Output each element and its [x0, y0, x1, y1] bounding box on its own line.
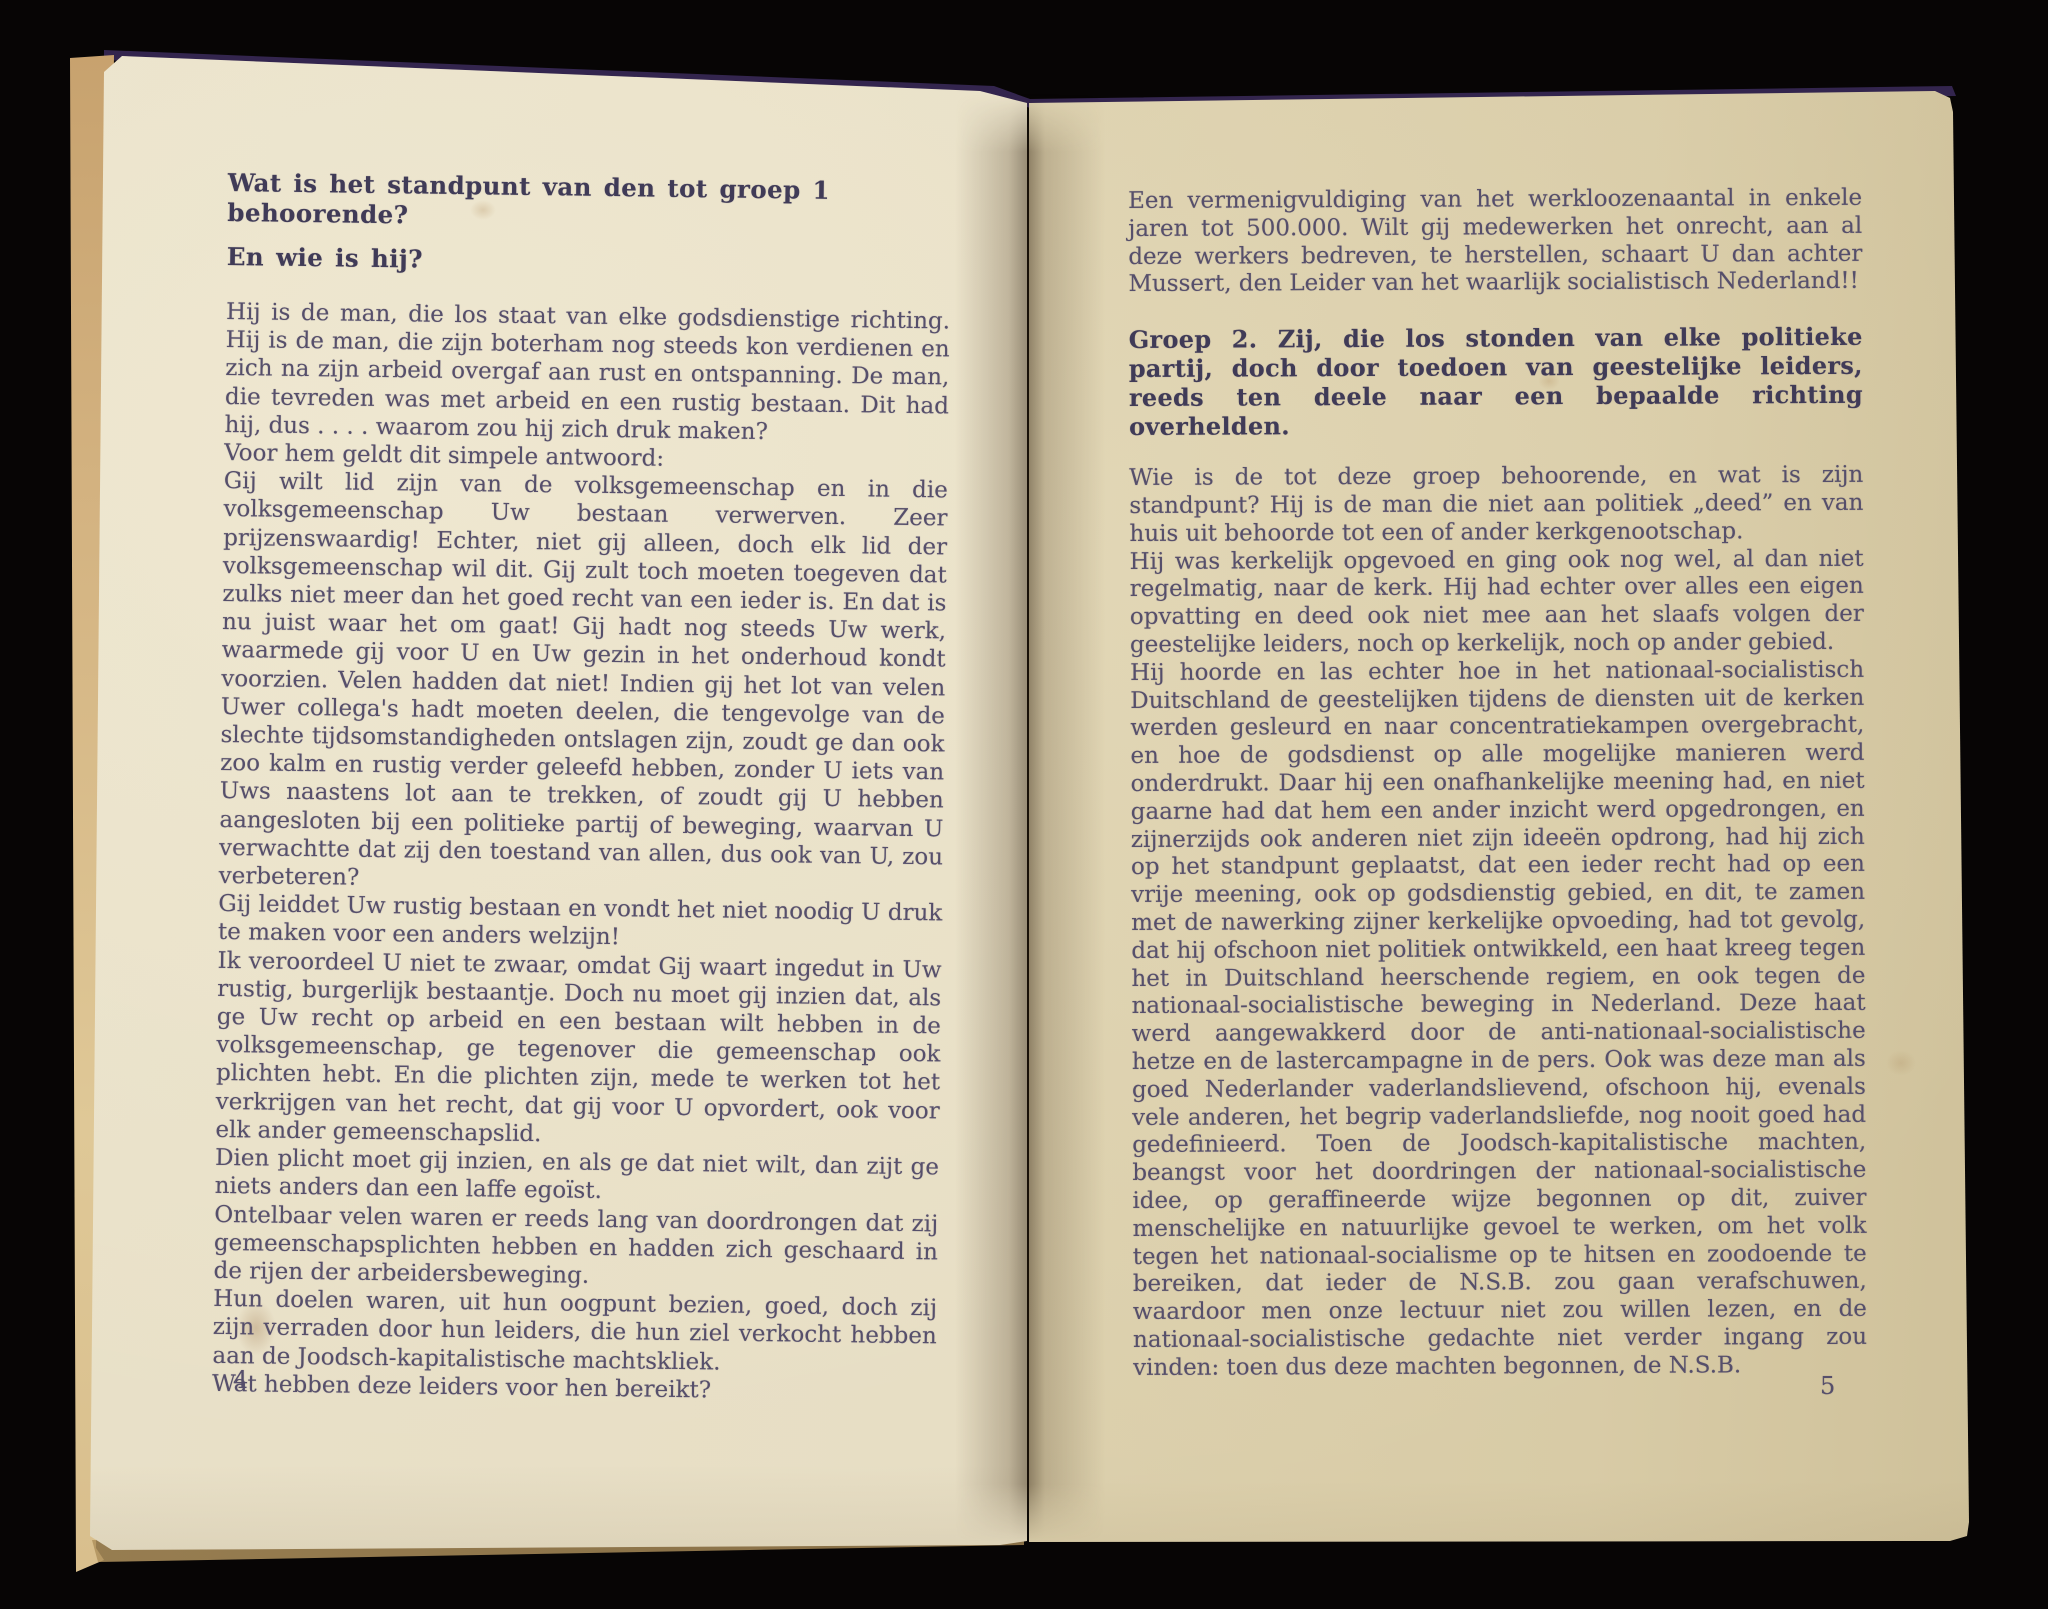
right-page-number: 5	[1820, 1372, 1835, 1400]
paragraph: Een vermenigvuldiging van het werkloozen…	[1128, 185, 1862, 299]
paragraph: Wie is de tot deze groep behoorende, en …	[1129, 462, 1863, 549]
paragraph: Ontelbaar velen waren er reeds lang van …	[213, 1200, 938, 1294]
paragraph: Hij was kerkelijk opgevoed en ging ook n…	[1130, 545, 1864, 659]
paragraph: Gij wilt lid zijn van de volksgemeenscha…	[219, 467, 948, 899]
paragraph: Dien plicht moet gij inzien, en als ge d…	[214, 1144, 939, 1210]
paragraph: Gij leiddet Uw rustig bestaan en vondt h…	[218, 890, 943, 956]
photo-open-book: Wat is het standpunt van den tot groep 1…	[0, 0, 2048, 1609]
right-page-text: Een vermenigvuldiging van het werkloozen…	[1128, 185, 1867, 1383]
paragraph: Hij hoorde en las echter hoe in het nati…	[1130, 657, 1867, 1383]
left-page-heading-line2: En wie is hij?	[227, 242, 951, 281]
left-page-heading-line1: Wat is het standpunt van den tot groep 1…	[227, 168, 952, 237]
right-page-heading-groep-2: Groep 2. Zij, die los stonden van elke p…	[1129, 322, 1863, 441]
paragraph: Ik veroordeel U niet te zwaar, omdat Gij…	[215, 947, 942, 1154]
paragraph: Hun doelen waren, uit hun oogpunt bezien…	[212, 1285, 937, 1379]
paragraph: Hij is de man, die los staat van elke go…	[224, 298, 950, 448]
left-page-text: Wat is het standpunt van den tot groep 1…	[212, 168, 952, 1407]
left-page-number: 4	[233, 1366, 248, 1394]
